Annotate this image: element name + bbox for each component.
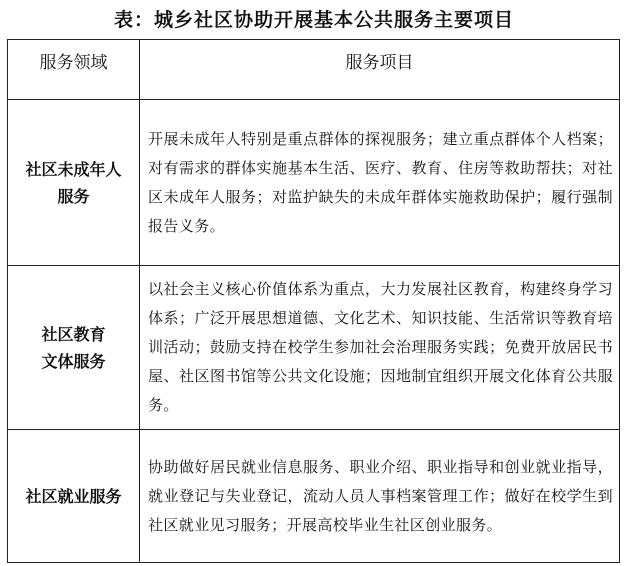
header-service-domain: 服务领域 — [8, 40, 140, 100]
header-service-items: 服务项目 — [140, 40, 620, 100]
service-domain-line: 社区教育 — [8, 321, 139, 348]
service-domain-cell: 社区教育 文体服务 — [8, 266, 140, 430]
service-domain-cell: 社区未成年人 服务 — [8, 100, 140, 266]
services-table: 服务领域 服务项目 社区未成年人 服务 开展未成年人特别是重点群体的探视服务；建… — [7, 39, 620, 563]
service-domain-line: 社区就业服务 — [8, 483, 139, 510]
table-row: 社区就业服务 协助做好居民就业信息服务、职业介绍、职业指导和创业就业指导，就业登… — [8, 430, 620, 563]
service-domain-line: 社区未成年人 — [8, 156, 139, 183]
service-items-cell: 协助做好居民就业信息服务、职业介绍、职业指导和创业就业指导，就业登记与失业登记，… — [140, 430, 620, 563]
table-title: 表：城乡社区协助开展基本公共服务主要项目 — [0, 4, 628, 36]
service-domain-line: 文体服务 — [8, 348, 139, 375]
table-row: 社区未成年人 服务 开展未成年人特别是重点群体的探视服务；建立重点群体个人档案；… — [8, 100, 620, 266]
service-domain-cell: 社区就业服务 — [8, 430, 140, 563]
service-items-cell: 开展未成年人特别是重点群体的探视服务；建立重点群体个人档案；对有需求的群体实施基… — [140, 100, 620, 266]
service-items-cell: 以社会主义核心价值体系为重点，大力发展社区教育，构建终身学习体系；广泛开展思想道… — [140, 266, 620, 430]
table-row: 社区教育 文体服务 以社会主义核心价值体系为重点，大力发展社区教育，构建终身学习… — [8, 266, 620, 430]
service-domain-line: 服务 — [8, 183, 139, 210]
header-row: 服务领域 服务项目 — [8, 40, 620, 100]
